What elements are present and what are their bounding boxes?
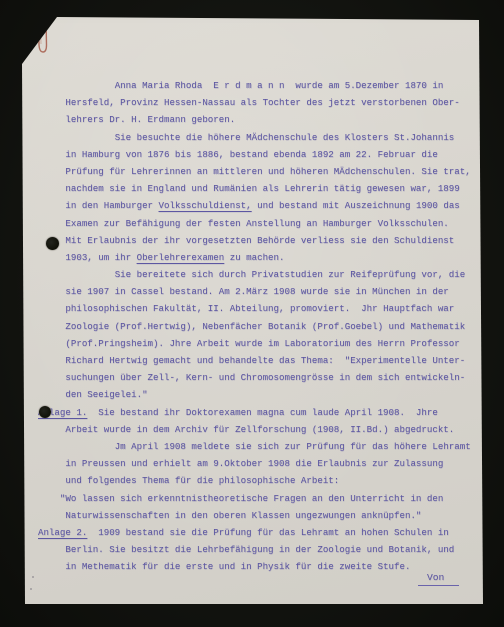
typewritten-line: Sie besuchte die höhere MÄdchenschule de… — [38, 129, 504, 146]
document-page: Anna Maria Rhoda E r d m a n n wurde am … — [0, 0, 504, 627]
typewritten-line: Richard Hertwig gemacht und behandelte d… — [38, 352, 504, 369]
typewritten-line: Jm April 1908 meldete sie sich zur Prüfu… — [38, 438, 504, 455]
typewritten-line: nachdem sie in England und Rumänien als … — [38, 180, 504, 197]
typewritten-line: Mit Erlaubnis der ihr vorgesetzten Behör… — [38, 232, 504, 249]
paperclip-rust-mark — [36, 15, 50, 59]
document-body: Anna Maria Rhoda E r d m a n n wurde am … — [38, 77, 504, 575]
punch-hole — [39, 406, 51, 418]
underlined-text: Anlage 2. — [38, 527, 87, 538]
typewritten-line: Prüfung für Lehrerinnen an mittleren und… — [38, 163, 504, 180]
typewritten-line: den Seeigelei." — [38, 386, 504, 403]
typewritten-line: sie 1907 in Cassel bestand. Am 2.März 19… — [38, 283, 504, 300]
typewritten-line: Hersfeld, Provinz Hessen-Nassau als Toch… — [38, 94, 504, 111]
typewritten-line: 1903, um ihr Oberlehrerexamen zu machen. — [38, 249, 504, 266]
underlined-text: Volksschuldienst, — [159, 200, 252, 211]
typewritten-line: Arbeit wurde in dem Archiv für Zellforsc… — [38, 421, 504, 438]
typewritten-line: Naturwissenschaften in den oberen Klasse… — [38, 507, 504, 524]
typewritten-line: Anlage 2. 1909 bestand sie die Prüfung f… — [38, 524, 504, 541]
underlined-text: Oberlehrerexamen — [137, 252, 225, 263]
typewritten-line: (Prof.Pringsheim). Jhre Arbeit wurde im … — [38, 335, 504, 352]
typewritten-line: Berlin. Sie besitzt die Lehrbefähigung i… — [38, 541, 504, 558]
typewritten-line: in den Hamburger Volksschuldienst, und b… — [38, 197, 504, 214]
ink-speck — [32, 576, 34, 578]
ink-speck — [30, 588, 32, 590]
typewritten-line: Sie bereitete sich durch Privatstudien z… — [38, 266, 504, 283]
typewritten-line: Anlage 1. Sie bestand ihr Doktorexamen m… — [38, 404, 504, 421]
ink-speck — [21, 282, 23, 284]
typewritten-line: Examen zur Befähigung der festen Anstell… — [38, 215, 504, 232]
typewritten-line: philosophischen Fakultät, II. Abteilung,… — [38, 300, 504, 317]
typewritten-line: suchungen über Zell-, Kern- und Chromoso… — [38, 369, 504, 386]
typewritten-line: lehrers Dr. H. Erdmann geboren. — [38, 111, 504, 128]
typewritten-line: in Hamburg von 1876 bis 1886, bestand eb… — [38, 146, 504, 163]
ink-speck — [21, 270, 23, 272]
typewritten-line: Zoologie (Prof.Hertwig), Nebenfächer Bot… — [38, 318, 504, 335]
typewritten-line: und folgendes Thema für die philosophisc… — [38, 472, 504, 489]
punch-hole — [46, 237, 59, 250]
catchword: Von — [418, 572, 459, 586]
typewritten-line: "Wo lassen sich erkenntnistheoretische F… — [38, 490, 504, 507]
photo-backdrop: Anna Maria Rhoda E r d m a n n wurde am … — [0, 0, 504, 627]
typewritten-line: in Preussen und erhielt am 9.Oktober 190… — [38, 455, 504, 472]
typewritten-line: Anna Maria Rhoda E r d m a n n wurde am … — [38, 77, 504, 94]
